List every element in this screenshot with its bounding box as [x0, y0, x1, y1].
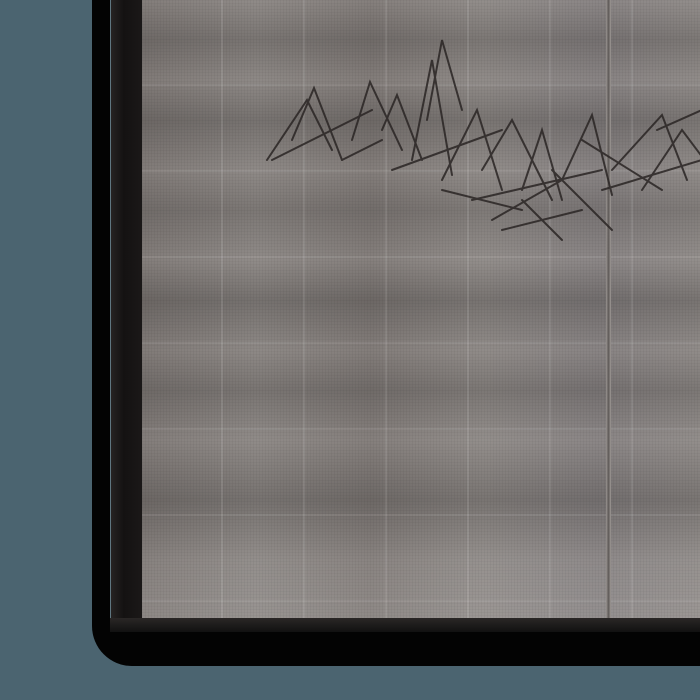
frame-bottom-edge — [110, 618, 700, 632]
artwork-panel — [142, 0, 700, 618]
frame-left-edge — [110, 0, 143, 622]
ink-grass-drawing — [142, 0, 700, 618]
